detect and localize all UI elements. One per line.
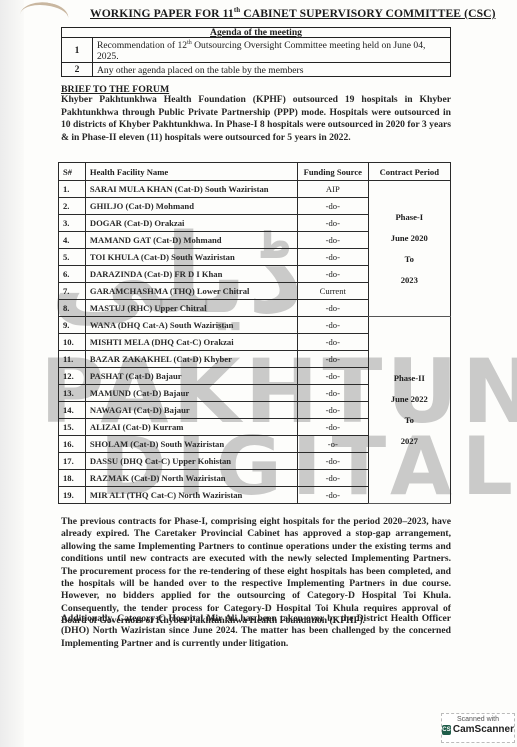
row-sno: 8. [59, 300, 86, 317]
row-funding-source: Current [298, 283, 369, 300]
row-sno: 10. [59, 334, 86, 351]
camscanner-logo-icon: CS [442, 725, 451, 735]
row-funding-source: -do- [298, 453, 369, 470]
row-sno: 2. [59, 198, 86, 215]
agenda-number: 2 [62, 63, 93, 77]
row-facility-name: MISHTI MELA (DHQ Cat-C) Orakzai [85, 334, 297, 351]
row-sno: 16. [59, 436, 86, 453]
row-funding-source: -do- [298, 300, 369, 317]
table-row: 1.SARAI MULA KHAN (Cat-D) South Wazirist… [59, 181, 451, 198]
row-funding-source: -do- [298, 198, 369, 215]
row-funding-source: -do- [298, 249, 369, 266]
agenda-number: 1 [62, 38, 93, 63]
row-facility-name: SARAI MULA KHAN (Cat-D) South Waziristan [85, 181, 297, 198]
agenda-text: Recommendation of 12th Outsourcing Overs… [93, 38, 451, 63]
row-sno: 14. [59, 402, 86, 419]
row-funding-source: -do- [298, 385, 369, 402]
agenda-table: Agenda of the meeting 1Recommendation of… [61, 27, 451, 77]
header-facility-name: Health Facility Name [85, 163, 297, 181]
row-sno: 12. [59, 368, 86, 385]
row-funding-source: -do- [298, 317, 369, 334]
row-funding-source: -do- [298, 334, 369, 351]
row-facility-name: BAZAR ZAKAKHEL (Cat-D) Khyber [85, 351, 297, 368]
row-facility-name: MAMUND (Cat-D) Bajaur [85, 385, 297, 402]
row-facility-name: MIR ALI (THQ Cat-C) North Waziristan [85, 487, 297, 504]
row-facility-name: GARAMCHASHMA (THQ) Lower Chitral [85, 283, 297, 300]
row-funding-source: -do- [298, 351, 369, 368]
row-sno: 5. [59, 249, 86, 266]
phase-contract-period: Phase-IJune 2020To2023 [368, 181, 450, 317]
row-sno: 9. [59, 317, 86, 334]
row-sno: 18. [59, 470, 86, 487]
row-sno: 15. [59, 419, 86, 436]
agenda-heading: Agenda of the meeting [62, 28, 451, 38]
phase-contract-period: Phase-IIJune 2022To2027 [368, 317, 450, 504]
agenda-row: 2Any other agenda placed on the table by… [62, 63, 451, 77]
row-funding-source: -do- [298, 215, 369, 232]
row-funding-source: -o- [298, 436, 369, 453]
header-contract-period: Contract Period [368, 163, 450, 181]
row-sno: 11. [59, 351, 86, 368]
table-row: 9.WANA (DHQ Cat-A) South Waziristan-do-P… [59, 317, 451, 334]
agenda-text: Any other agenda placed on the table by … [93, 63, 451, 77]
header-sno: S# [59, 163, 86, 181]
brief-text: Khyber Pakhtunkhwa Health Foundation (KP… [61, 94, 451, 144]
agenda-row: 1Recommendation of 12th Outsourcing Over… [62, 38, 451, 63]
row-facility-name: MAMAND GAT (Cat-D) Mohmand [85, 232, 297, 249]
row-facility-name: DASSU (DHQ Cat-C) Upper Kohistan [85, 453, 297, 470]
row-funding-source: AIP [298, 181, 369, 198]
row-funding-source: -do- [298, 419, 369, 436]
row-facility-name: MASTUJ (RHC) Upper Chitral [85, 300, 297, 317]
row-funding-source: -do- [298, 487, 369, 504]
row-sno: 4. [59, 232, 86, 249]
page-edge-shadow [0, 0, 24, 747]
row-sno: 7. [59, 283, 86, 300]
row-facility-name: SHOLAM (Cat-D) South Waziristan [85, 436, 297, 453]
paragraph-mir-ali: Additionally, Category-C Hospital Mir Al… [61, 613, 451, 650]
row-sno: 3. [59, 215, 86, 232]
row-funding-source: -do- [298, 470, 369, 487]
row-funding-source: -do- [298, 368, 369, 385]
row-sno: 1. [59, 181, 86, 198]
row-sno: 13. [59, 385, 86, 402]
row-facility-name: DOGAR (Cat-D) Orakzai [85, 215, 297, 232]
row-facility-name: RAZMAK (Cat-D) North Waziristan [85, 470, 297, 487]
hospitals-table: S# Health Facility Name Funding Source C… [58, 162, 451, 504]
row-facility-name: ALIZAI (Cat-D) Kurram [85, 419, 297, 436]
row-facility-name: GHILJO (Cat-D) Mohmand [85, 198, 297, 215]
row-funding-source: -do- [298, 266, 369, 283]
row-facility-name: DARAZINDA (Cat-D) FR D I Khan [85, 266, 297, 283]
row-sno: 19. [59, 487, 86, 504]
camscanner-badge: Scanned with CS CamScanner [441, 713, 515, 743]
paragraph-phase-one-contracts: The previous contracts for Phase-I, comp… [61, 516, 451, 628]
row-sno: 17. [59, 453, 86, 470]
row-sno: 6. [59, 266, 86, 283]
row-facility-name: WANA (DHQ Cat-A) South Waziristan [85, 317, 297, 334]
row-facility-name: NAWAGAI (Cat-D) Bajaur [85, 402, 297, 419]
row-funding-source: -do- [298, 232, 369, 249]
row-facility-name: TOI KHULA (Cat-D) South Waziristan [85, 249, 297, 266]
row-facility-name: PASHAT (Cat-D) Bajaur [85, 368, 297, 385]
document-title: WORKING PAPER FOR 11th CABINET SUPERVISO… [90, 6, 496, 20]
header-funding-source: Funding Source [298, 163, 369, 181]
row-funding-source: -do- [298, 402, 369, 419]
